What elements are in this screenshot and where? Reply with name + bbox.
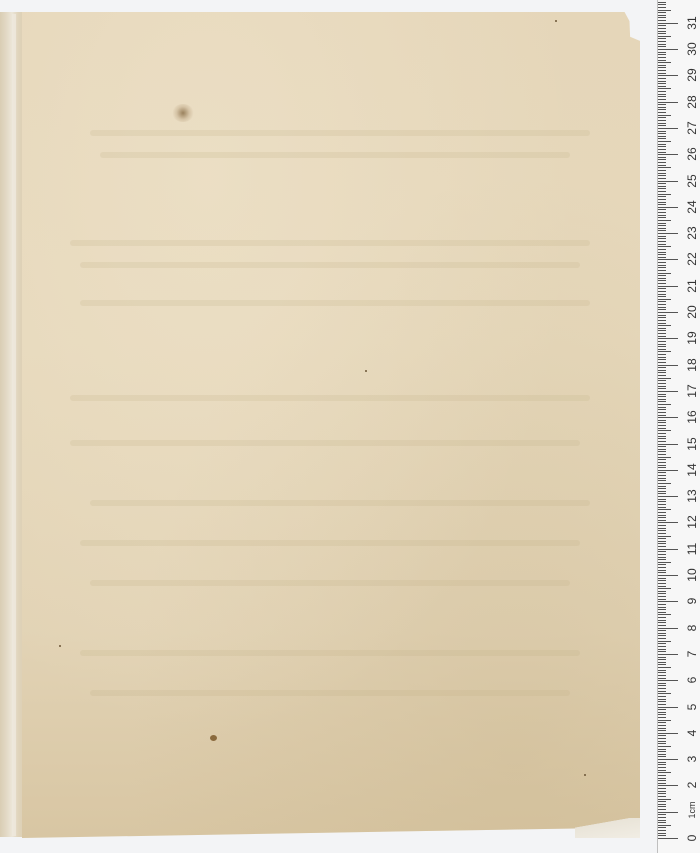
ruler-tick (658, 701, 666, 702)
ruler-tick (658, 278, 666, 279)
ruler-tick (658, 659, 666, 660)
ruler-tick (658, 601, 678, 602)
ruler-label: 21 (685, 276, 699, 296)
ruler-tick (658, 372, 666, 373)
ruler-tick (658, 746, 671, 747)
ruler-tick (658, 635, 666, 636)
ruler-tick (658, 86, 666, 87)
ruler-tick (658, 31, 666, 32)
ruler-tick (658, 546, 666, 547)
ruler-tick (658, 296, 666, 297)
ruler-tick (658, 617, 666, 618)
ruler-tick (658, 525, 666, 526)
ruler-tick (658, 749, 666, 750)
ruler-tick (658, 812, 678, 813)
ruler-label: 8 (685, 618, 699, 638)
ruler-tick (658, 496, 678, 497)
ruler-tick (658, 814, 666, 815)
ruler-tick (658, 275, 666, 276)
ruler-tick (658, 259, 678, 260)
ruler-tick (658, 354, 666, 355)
ruler-tick (658, 188, 666, 189)
ruler-tick (658, 146, 666, 147)
ruler-tick (658, 152, 666, 153)
ruler-tick (658, 775, 666, 776)
ruler-tick (658, 712, 666, 713)
ruler-tick (658, 783, 666, 784)
ruler-tick (658, 157, 666, 158)
ruler-tick (658, 735, 666, 736)
ruler-label: 14 (685, 460, 699, 480)
ruler-tick (658, 501, 666, 502)
ruler-tick (658, 346, 666, 347)
ruler-tick (658, 720, 671, 721)
ruler-label: 2 (685, 775, 699, 795)
ruler-label: 18 (685, 355, 699, 375)
ruler-tick (658, 217, 666, 218)
ruler-tick (658, 183, 666, 184)
ruler-tick (658, 128, 678, 129)
ruler-tick (658, 717, 666, 718)
ruler-tick (658, 657, 666, 658)
ruler-tick (658, 131, 666, 132)
ruler-tick (658, 428, 666, 429)
ruler-tick (658, 799, 671, 800)
ruler-tick (658, 304, 666, 305)
ruler-tick (658, 422, 666, 423)
ruler-tick (658, 493, 666, 494)
ruler-tick (658, 543, 666, 544)
ruler-label: 31 (685, 13, 699, 33)
ruler-tick (658, 125, 666, 126)
ruler-tick (658, 722, 666, 723)
ruler-tick (658, 530, 666, 531)
speck (365, 370, 367, 372)
ruler-tick (658, 604, 666, 605)
ruler-tick (658, 654, 678, 655)
speck (555, 20, 557, 22)
ruler-tick (658, 370, 666, 371)
ruler-tick (658, 344, 666, 345)
ruler-tick (658, 330, 666, 331)
ruler-tick (658, 780, 666, 781)
ruler-tick (658, 741, 666, 742)
ruler-tick (658, 743, 666, 744)
ruler-tick (658, 12, 666, 13)
ruler-tick (658, 375, 666, 376)
ruler-tick (658, 572, 666, 573)
ruler-tick (658, 770, 666, 771)
ruler-tick (658, 486, 666, 487)
ruler-tick (658, 207, 678, 208)
ruler-label: 28 (685, 92, 699, 112)
ruler-tick (658, 91, 666, 92)
ruler-tick (658, 52, 666, 53)
ruler-tick (658, 488, 666, 489)
measurement-ruler: 01cm234567891011121314151617181920212223… (657, 0, 700, 853)
ruler-tick (658, 10, 671, 11)
ruler-tick (658, 751, 666, 752)
ruler-label: 15 (685, 434, 699, 454)
ruler-tick (658, 4, 666, 5)
ruler-tick (658, 312, 678, 313)
ruler-tick (658, 365, 678, 366)
ruler-tick (658, 622, 666, 623)
ruler-label: 5 (685, 697, 699, 717)
ruler-tick (658, 102, 678, 103)
ruler-tick (658, 580, 666, 581)
ruler-tick (658, 65, 666, 66)
ruler-label: 7 (685, 644, 699, 664)
ruler-tick (658, 538, 666, 539)
ruler-tick (658, 367, 666, 368)
ruler-tick (658, 359, 666, 360)
ruler-tick (658, 441, 666, 442)
ruler-tick (658, 730, 666, 731)
ruler-tick (658, 223, 666, 224)
ruler-label: 17 (685, 381, 699, 401)
ruler-tick (658, 88, 671, 89)
ruler-tick (658, 593, 666, 594)
ruler-tick (658, 159, 666, 160)
ruler-tick (658, 391, 678, 392)
ruler-tick (658, 454, 666, 455)
ruler-tick (658, 191, 666, 192)
ruler-tick (658, 212, 666, 213)
ruler-label: 4 (685, 723, 699, 743)
ruler-tick (658, 386, 666, 387)
ruler-label: 22 (685, 249, 699, 269)
ruler-tick (658, 825, 671, 826)
ruler-tick (658, 123, 666, 124)
ruler-tick (658, 515, 666, 516)
ruler-tick (658, 754, 666, 755)
ruler-tick (658, 299, 671, 300)
ruler-tick (658, 380, 666, 381)
ruler-tick (658, 20, 666, 21)
ruler-tick (658, 551, 666, 552)
ruler-label: 9 (685, 591, 699, 611)
ruler-tick (658, 83, 666, 84)
ruler-tick (658, 328, 666, 329)
ruler-tick (658, 241, 666, 242)
ruler-tick (658, 796, 666, 797)
ruler-tick (658, 509, 671, 510)
ruler-tick (658, 643, 666, 644)
ruler-tick (658, 36, 671, 37)
ruler-tick (658, 599, 666, 600)
ruler-tick (658, 612, 666, 613)
ruler-tick (658, 625, 666, 626)
ruler-tick (658, 341, 666, 342)
ruler-tick (658, 175, 666, 176)
ruler-tick (658, 186, 666, 187)
ruler-tick (658, 820, 666, 821)
ruler-tick (658, 549, 678, 550)
ruler-tick (658, 470, 678, 471)
ruler-tick (658, 409, 666, 410)
ruler-tick (658, 559, 666, 560)
ruler-tick (658, 262, 666, 263)
ruler-tick (658, 383, 666, 384)
ruler-tick (658, 49, 678, 50)
ruler-label: 0 (685, 828, 699, 848)
ruler-tick (658, 396, 666, 397)
ruler-tick (658, 483, 671, 484)
ruler-tick (658, 465, 666, 466)
ruler-tick (658, 41, 666, 42)
ruler-tick (658, 457, 671, 458)
ruler-tick (658, 378, 671, 379)
ruler-tick (658, 491, 666, 492)
ruler-tick (658, 557, 666, 558)
ruler-tick (658, 649, 666, 650)
ruler-tick (658, 154, 678, 155)
ruler-tick (658, 73, 666, 74)
ruler-tick (658, 756, 666, 757)
ruler-tick (658, 788, 666, 789)
ruler-tick (658, 117, 666, 118)
ruler-tick (658, 804, 666, 805)
ruler-label: 16 (685, 407, 699, 427)
ruler-tick (658, 480, 666, 481)
ruler-tick (658, 407, 666, 408)
ruler-tick (658, 767, 666, 768)
ruler-tick (658, 291, 666, 292)
ruler-tick (658, 388, 666, 389)
ruler-tick (658, 362, 666, 363)
ruler-tick (658, 94, 666, 95)
ruler-tick (658, 693, 671, 694)
ruler-tick (658, 541, 666, 542)
ruler-tick (658, 294, 666, 295)
ruler-tick (658, 307, 666, 308)
ruler-label: 23 (685, 223, 699, 243)
ruler-tick (658, 81, 666, 82)
ruler-tick (658, 401, 666, 402)
ruler-tick (658, 507, 666, 508)
ruler-tick (658, 630, 666, 631)
ruler-tick (658, 283, 666, 284)
ruler-label: 29 (685, 65, 699, 85)
ruler-tick (658, 244, 666, 245)
ruler-tick (658, 112, 666, 113)
ruler-label: 30 (685, 39, 699, 59)
ruler-tick (658, 196, 666, 197)
ruler-tick (658, 325, 671, 326)
ruler-tick (658, 528, 666, 529)
ruler-tick (658, 728, 666, 729)
ruler-tick (658, 170, 666, 171)
ruler-label: 25 (685, 171, 699, 191)
ruler-tick (658, 680, 678, 681)
ruler-tick (658, 267, 666, 268)
ruler-tick (658, 678, 666, 679)
ruler-tick (658, 675, 666, 676)
ruler-tick (658, 567, 666, 568)
ruler-tick (658, 120, 666, 121)
ruler-tick (658, 199, 666, 200)
ruler-tick (658, 23, 678, 24)
ruler-tick (658, 759, 678, 760)
ruler-tick (658, 228, 666, 229)
worn-corner (575, 818, 640, 838)
ruler-tick (658, 449, 666, 450)
ruler-tick (658, 288, 666, 289)
ruler-tick (658, 70, 666, 71)
ruler-tick (658, 209, 666, 210)
ruler-tick (658, 691, 666, 692)
ruler-tick (658, 270, 666, 271)
ruler-tick (658, 286, 678, 287)
ruler-tick (658, 583, 666, 584)
ruler-tick (658, 38, 666, 39)
ruler-tick (658, 254, 666, 255)
ruler-tick (658, 809, 666, 810)
ruler-tick (658, 162, 666, 163)
spine-highlight (12, 14, 16, 836)
ruler-tick (658, 478, 666, 479)
ruler-tick (658, 633, 666, 634)
ruler-tick (658, 412, 666, 413)
ruler-label: 24 (685, 197, 699, 217)
ruler-tick (658, 662, 666, 663)
ruler-tick (658, 249, 666, 250)
ruler-tick (658, 685, 666, 686)
ruler-tick (658, 499, 666, 500)
ruler-tick (658, 446, 666, 447)
ruler-label: 19 (685, 328, 699, 348)
ruler-tick (658, 236, 666, 237)
ruler-tick (658, 725, 666, 726)
ruler-tick (658, 733, 678, 734)
ruler-tick (658, 141, 671, 142)
foxing-stain (172, 104, 194, 122)
ruler-tick (658, 315, 666, 316)
ruler-tick (658, 801, 666, 802)
foxing-stain (210, 735, 217, 741)
ruler-tick (658, 838, 678, 839)
ruler-tick (658, 570, 666, 571)
ruler-tick (658, 764, 666, 765)
ruler-tick (658, 620, 666, 621)
ruler-tick (658, 115, 671, 116)
ruler-tick (658, 646, 666, 647)
ruler-tick (658, 591, 666, 592)
ruler-label: 20 (685, 302, 699, 322)
ruler-tick (658, 575, 678, 576)
ruler-tick (658, 238, 666, 239)
ruler-tick (658, 338, 678, 339)
ruler-tick (658, 420, 666, 421)
ruler-tick (658, 670, 666, 671)
ruler-tick (658, 667, 671, 668)
ruler-tick (658, 830, 666, 831)
ruler-tick (658, 467, 666, 468)
ruler-label: 10 (685, 565, 699, 585)
ruler-tick (658, 136, 666, 137)
ruler-tick (658, 614, 671, 615)
ruler-tick (658, 438, 666, 439)
ruler-tick (658, 817, 666, 818)
ruler-tick (658, 651, 666, 652)
ruler-tick (658, 181, 678, 182)
ruler-tick (658, 504, 666, 505)
ruler-tick (658, 57, 666, 58)
ruler-tick (658, 596, 666, 597)
ruler-tick (658, 220, 671, 221)
ruler-tick (658, 194, 671, 195)
ruler-tick (658, 246, 671, 247)
ruler-tick (658, 699, 666, 700)
ruler-tick (658, 178, 666, 179)
ruler-tick (658, 564, 666, 565)
ruler-tick (658, 415, 666, 416)
ruler-tick (658, 33, 666, 34)
ruler-tick (658, 104, 666, 105)
ruler-tick (658, 54, 666, 55)
ruler-tick (658, 791, 666, 792)
ruler-tick (658, 323, 666, 324)
ruler-tick (658, 683, 666, 684)
ruler-tick (658, 433, 666, 434)
ruler-tick (658, 475, 666, 476)
ruler-tick (658, 133, 666, 134)
ruler-tick (658, 664, 666, 665)
ruler-tick (658, 252, 666, 253)
ruler-tick (658, 672, 666, 673)
ruler-tick (658, 562, 671, 563)
ruler-tick (658, 75, 678, 76)
ruler-tick (658, 472, 666, 473)
ruler-tick (658, 554, 666, 555)
ruler-tick (658, 265, 666, 266)
ruler-tick (658, 165, 666, 166)
ruler-tick (658, 46, 666, 47)
ruler-tick (658, 78, 666, 79)
ruler-tick (658, 107, 666, 108)
ruler-tick (658, 202, 666, 203)
ruler-tick (658, 62, 671, 63)
ruler-tick (658, 588, 671, 589)
ruler-tick (658, 25, 666, 26)
ruler-tick (658, 333, 666, 334)
ruler-tick (658, 586, 666, 587)
ruler-tick (658, 149, 666, 150)
ruler-tick (658, 533, 666, 534)
ruler-tick (658, 462, 666, 463)
ruler-tick (658, 444, 678, 445)
ruler-tick (658, 607, 666, 608)
ruler-tick (658, 793, 666, 794)
ruler-tick (658, 317, 666, 318)
ruler-tick (658, 60, 666, 61)
speck (584, 774, 586, 776)
ruler-tick (658, 109, 666, 110)
ruler-tick (658, 641, 671, 642)
ruler-label: 1cm (687, 800, 697, 820)
ruler-tick (658, 517, 666, 518)
ruler-tick (658, 233, 678, 234)
ruler-tick (658, 301, 666, 302)
ruler-tick (658, 833, 666, 834)
ruler-tick (658, 144, 666, 145)
ruler-tick (658, 738, 666, 739)
ruler-tick (658, 522, 678, 523)
ruler-tick (658, 394, 666, 395)
ruler-tick (658, 425, 666, 426)
ruler-label: 3 (685, 749, 699, 769)
